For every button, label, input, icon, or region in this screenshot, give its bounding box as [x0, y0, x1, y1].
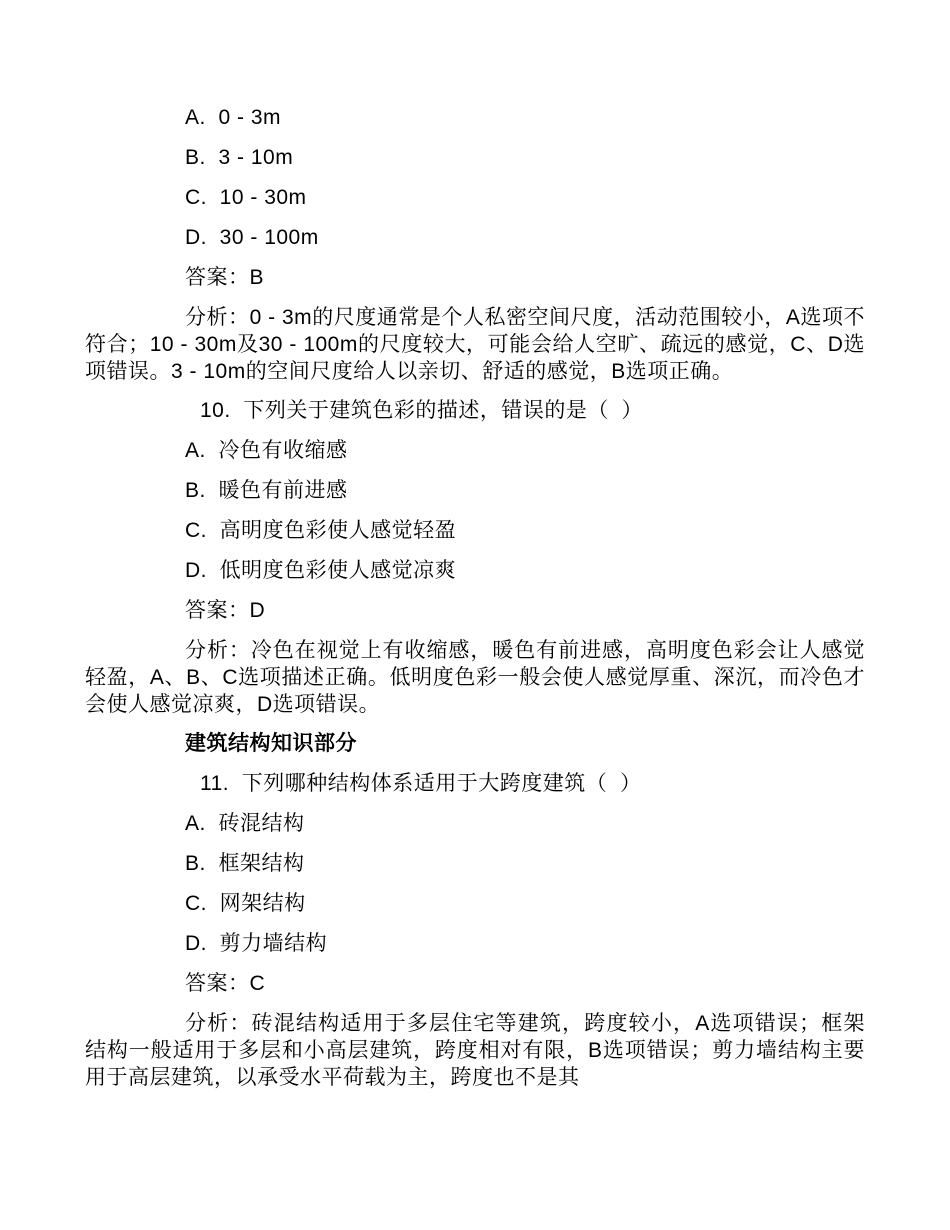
question-11-title: 11. 下列哪种结构体系适用于大跨度建筑（ ） — [200, 770, 865, 797]
option-line-c: C. 高明度色彩使人感觉轻盈 — [185, 517, 865, 544]
question-10-title: 10. 下列关于建筑色彩的描述，错误的是（ ） — [200, 397, 865, 424]
section-heading: 建筑结构知识部分 — [185, 730, 865, 757]
option-line-d: D. 30 - 100m — [185, 224, 865, 251]
option-line-a: A. 冷色有收缩感 — [185, 437, 865, 464]
option-line-b: B. 3 - 10m — [185, 144, 865, 171]
answer-line: 答案：C — [185, 970, 865, 997]
option-line-b: B. 暖色有前进感 — [185, 477, 865, 504]
option-line-d: D. 低明度色彩使人感觉凉爽 — [185, 557, 865, 584]
option-line-b: B. 框架结构 — [185, 850, 865, 877]
analysis-paragraph: 分析：砖混结构适用于多层住宅等建筑，跨度较小，A选项错误；框架结构一般适用于多层… — [85, 1010, 865, 1091]
option-line-a: A. 0 - 3m — [185, 104, 865, 131]
option-line-a: A. 砖混结构 — [185, 810, 865, 837]
answer-line: 答案：D — [185, 597, 865, 624]
answer-line: 答案：B — [185, 264, 865, 291]
option-line-d: D. 剪力墙结构 — [185, 930, 865, 957]
analysis-paragraph: 分析：0 - 3m的尺度通常是个人私密空间尺度，活动范围较小，A选项不符合；10… — [85, 304, 865, 385]
document-page: A. 0 - 3m B. 3 - 10m C. 10 - 30m D. 30 -… — [0, 0, 950, 1230]
analysis-paragraph: 分析：冷色在视觉上有收缩感，暖色有前进感，高明度色彩会让人感觉轻盈，A、B、C选… — [85, 637, 865, 718]
option-line-c: C. 10 - 30m — [185, 184, 865, 211]
option-line-c: C. 网架结构 — [185, 890, 865, 917]
